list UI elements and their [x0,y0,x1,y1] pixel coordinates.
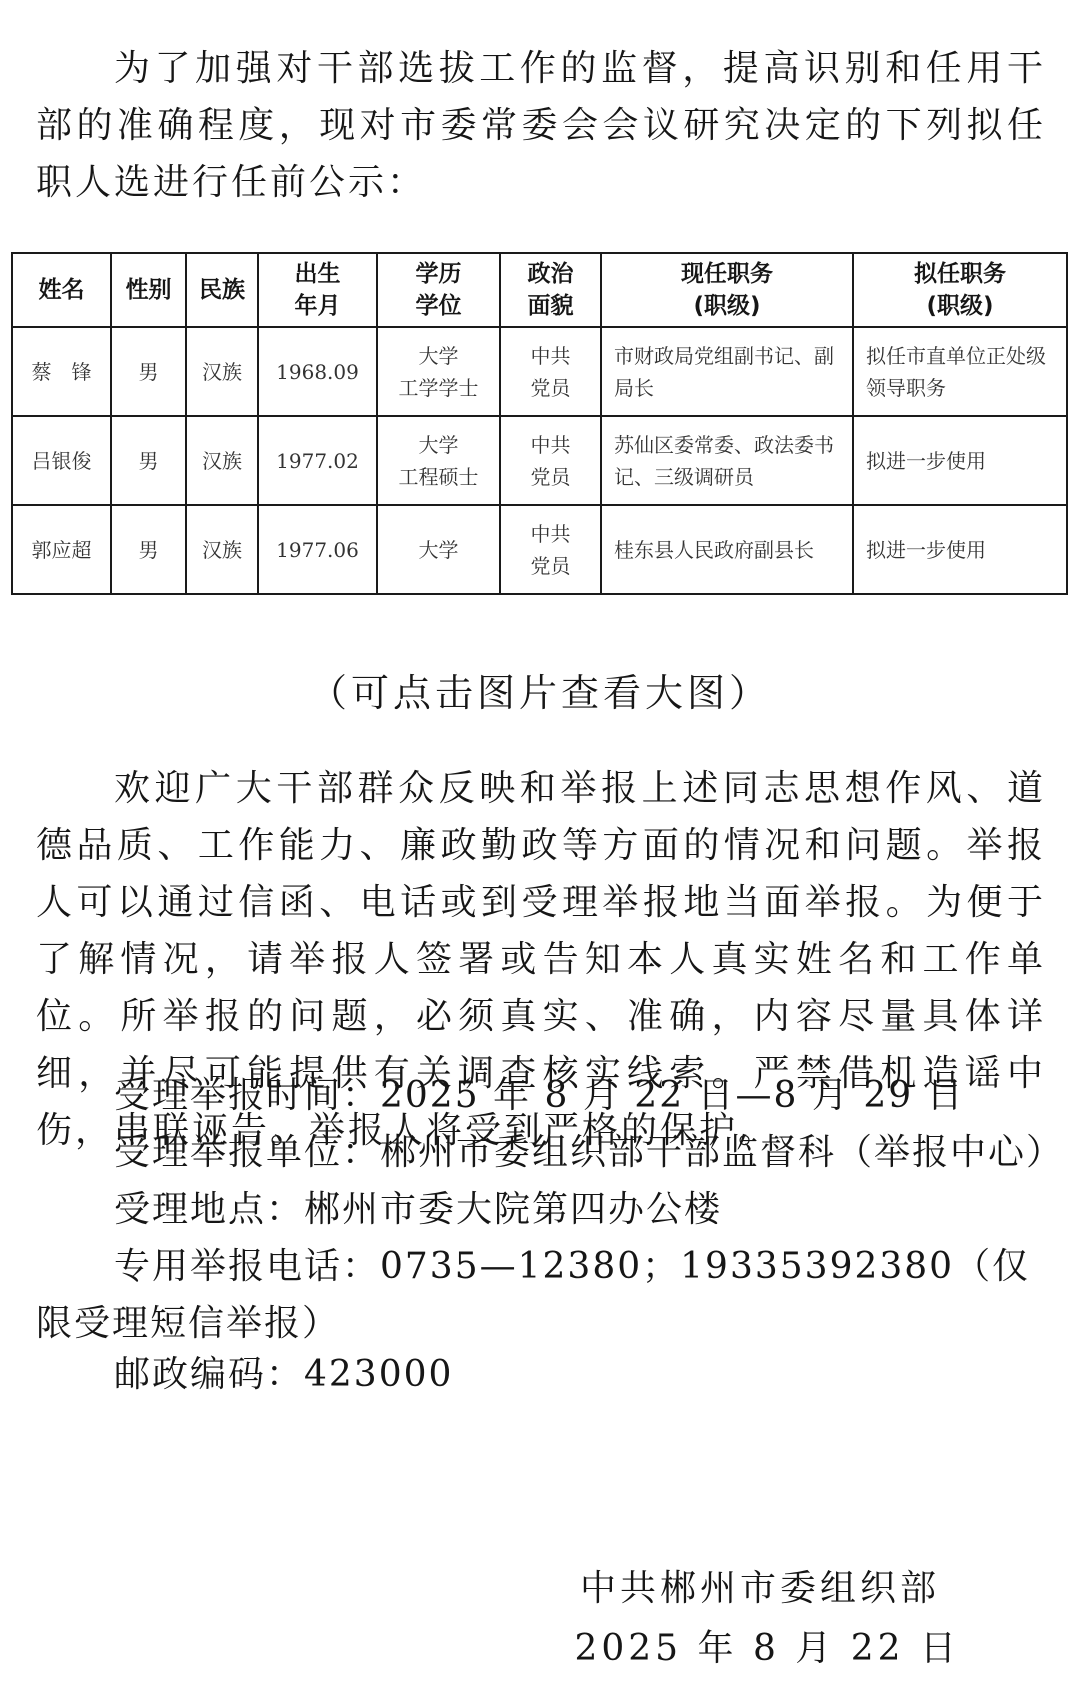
cell-proposed-position: 拟任市直单位正处级领导职务 [853,327,1067,416]
header-education: 学历学位 [377,253,500,327]
table-row: 蔡 锋 男 汉族 1968.09 大学工学学士 中共党员 市财政局党组副书记、副… [12,327,1067,416]
cell-education: 大学工程硕士 [377,416,500,505]
cell-proposed-position: 拟进一步使用 [853,505,1067,594]
table-header-row: 姓名 性别 民族 出生年月 学历学位 政治面貌 现任职务(职级) 拟任职务(职级… [12,253,1067,327]
table-row: 吕银俊 男 汉族 1977.02 大学工程硕士 中共党员 苏仙区委常委、政法委书… [12,416,1067,505]
postal-code: 邮政编码：423000 [36,1346,1046,1403]
header-name: 姓名 [12,253,111,327]
header-current-position: 现任职务(职级) [601,253,853,327]
cell-name: 郭应超 [12,505,111,594]
cell-birth: 1968.09 [258,327,377,416]
cell-ethnicity: 汉族 [186,505,258,594]
candidate-table[interactable]: 姓名 性别 民族 出生年月 学历学位 政治面貌 现任职务(职级) 拟任职务(职级… [11,252,1068,595]
cell-current-position: 苏仙区委常委、政法委书记、三级调研员 [601,416,853,505]
header-ethnicity: 民族 [186,253,258,327]
cell-education: 大学工学学士 [377,327,500,416]
cell-political-status: 中共党员 [500,505,601,594]
header-gender: 性别 [111,253,186,327]
header-political-status: 政治面貌 [500,253,601,327]
table-row: 郭应超 男 汉族 1977.06 大学 中共党员 桂东县人民政府副县长 拟进一步… [12,505,1067,594]
cell-ethnicity: 汉族 [186,327,258,416]
header-birth: 出生年月 [258,253,377,327]
header-proposed-position: 拟任职务(职级) [853,253,1067,327]
cell-gender: 男 [111,416,186,505]
cell-current-position: 市财政局党组副书记、副局长 [601,327,853,416]
report-time: 受理举报时间：2025 年 8 月 22 日—8 月 29 日 [36,1067,1046,1124]
report-phone: 专用举报电话：0735—12380；19335392380（仅限受理短信举报） [36,1238,1046,1352]
report-location: 受理地点：郴州市委大院第四办公楼 [36,1181,1046,1238]
cell-political-status: 中共党员 [500,327,601,416]
cell-political-status: 中共党员 [500,416,601,505]
cell-proposed-position: 拟进一步使用 [853,416,1067,505]
cell-name: 蔡 锋 [12,327,111,416]
cell-birth: 1977.02 [258,416,377,505]
cell-name: 吕银俊 [12,416,111,505]
report-unit: 受理举报单位：郴州市委组织部干部监督科（举报中心） [36,1124,1046,1181]
cell-gender: 男 [111,327,186,416]
signature-organization: 中共郴州市委组织部 [580,1560,940,1611]
enlarge-image-caption[interactable]: （可点击图片查看大图） [0,662,1080,717]
cell-birth: 1977.06 [258,505,377,594]
cell-current-position: 桂东县人民政府副县长 [601,505,853,594]
cell-ethnicity: 汉族 [186,416,258,505]
intro-paragraph: 为了加强对干部选拔工作的监督，提高识别和任用干部的准确程度，现对市委常委会会议研… [36,40,1046,211]
cell-gender: 男 [111,505,186,594]
signature-date: 2025 年 8 月 22 日 [574,1620,960,1671]
cell-education: 大学 [377,505,500,594]
